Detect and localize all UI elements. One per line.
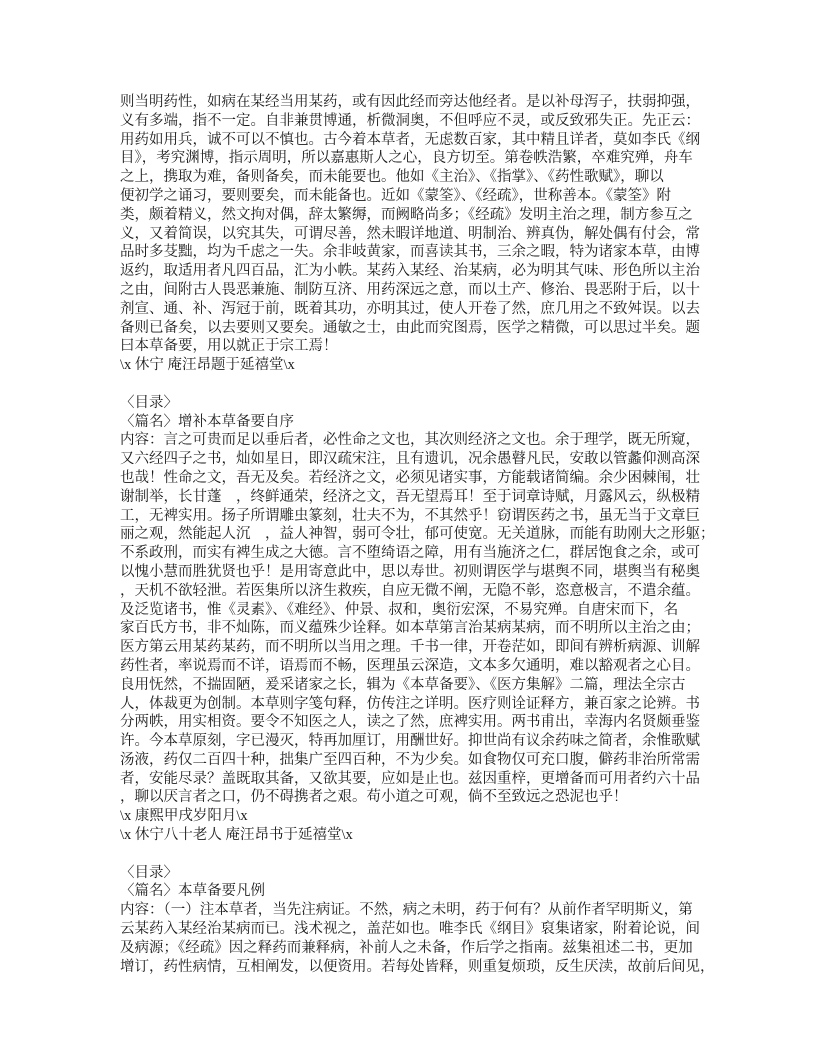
text-line: 良用怃然，不揣固陋，爰采诸家之长，辑为《本草备要》、《医方集解》二篇，理法全宗古 (120, 676, 706, 695)
text-line: 〈篇名〉本草备要凡例 (120, 882, 706, 901)
text-line: ，天机不欲轻泄。若医集所以济生救疾，自应无微不阐，无隐不彰，恣意极言，不遣余蕴。 (120, 582, 706, 601)
text-line: \x 休宁八十老人 庵汪昂书于延禧堂\x (120, 826, 706, 845)
text-line: 不系政刑，而实有裨生成之大德。言不堕绮语之障，用有当施济之仁，群居饱食之余，或可 (120, 544, 706, 563)
text-line: 目》，考究渊博，指示周明，所以嘉惠斯人之心，良方切至。第卷帙浩繁，卒难究殚，舟车 (120, 149, 706, 168)
text-line: \x 康熙甲戌岁阳月\x (120, 807, 706, 826)
text-line: 以愧小慧而胜犹贤也乎！是用寄意此中，思以寿世。初则谓医学与堪舆不同，堪舆当有秘奥 (120, 563, 706, 582)
text-line: 也哉！性命之文，吾无及矣。若经济之文，必须见诸实事，方能载诸简编。余少困棘闱，壮 (120, 469, 706, 488)
text-line: 医方第云用某药某药，而不明所以当用之理。千书一律，开卷茫如，即间有辨析病源、训解 (120, 638, 706, 657)
text-line: 许。今本草原刻，字已漫灭，特再加厘订，用酬世好。抑世尚有议余药味之简者，余惟歌赋 (120, 732, 706, 751)
text-line (120, 375, 706, 394)
text-line: 药性者，率说焉而不详，语焉而不畅，医理虽云深造，文本多欠通明，难以豁观者之心目。 (120, 657, 706, 676)
text-line: 汤液，药仅二百四十种，拙集广至四百种，不为少矣。如食物仅可充口腹，僻药非治所常需 (120, 751, 706, 770)
text-line: 品时多芟黜，均为千虑之一失。余非岐黄家，而喜读其书，三余之暇，特为诸家本草，由博 (120, 243, 706, 262)
text-line: 者，安能尽录？盖既取其备，又欲其要，应如是止也。兹因重梓，更增备而可用者约六十品 (120, 770, 706, 789)
text-line: 〈目录〉 (120, 394, 706, 413)
text-line: 类，颇着精义，然文拘对偶，辞太繁缛，而阙略尚多；《经疏》发明主治之理，制方参互之 (120, 206, 706, 225)
text-line: 返约，取适用者凡四百品，汇为小帙。某药入某经、治某病，必为明其气味、形色所以主治 (120, 262, 706, 281)
text-line: 工，无裨实用。扬子所谓雕虫篆刻，壮夫不为，不其然乎！窃谓医药之书，虽无当于文章巨 (120, 507, 706, 526)
text-line: 谢制举，长甘蓬 ，终鲜通荣，经济之文，吾无望焉耳！至于词章诗赋，月露风云，纵极精 (120, 488, 706, 507)
text-line: 便初学之诵习，要则要矣，而未能备也。近如《蒙筌》、《经疏》，世称善本。《蒙筌》附 (120, 187, 706, 206)
text-line: 内容：言之可贵而足以垂后者，必性命之文也，其次则经济之文也。余于理学，既无所窥， (120, 431, 706, 450)
text-line: 及泛览诸书，惟《灵素》、《难经》、仲景、叔和，奥衍宏深，不易究殚。自唐宋而下，名 (120, 601, 706, 620)
text-line: 义，又着简误，以究其失，可谓尽善，然未暇详地道、明制治、辨真伪，解处偶有付会，常 (120, 225, 706, 244)
document-page: 则当明药性，如病在某经当用某药，或有因此经而旁达他经者。是以补母泻子，扶弱抑强，… (0, 0, 816, 1056)
text-line: ，聊以厌言者之口，仍不碍携者之艰。苟小道之可观，倘不至致远之恐泥也乎！ (120, 788, 706, 807)
text-line: \x 休宁 庵汪昂题于延禧堂\x (120, 356, 706, 375)
text-line: 及病源；《经疏》因之释药而兼释病，补前人之未备，作后学之指南。兹集祖述二书，更加 (120, 939, 706, 958)
text-line: 又六经四子之书，灿如星日，即汉疏宋注，且有遗讥，况余愚瞽凡民，安敢以管蠡仰测高深 (120, 450, 706, 469)
text-line: 则当明药性，如病在某经当用某药，或有因此经而旁达他经者。是以补母泻子，扶弱抑强， (120, 93, 706, 112)
text-line: 人，体裁更为创制。本草则字笺句释，仿传注之详明。医疗则诠证释方，兼百家之论辨。书 (120, 695, 706, 714)
text-line: 分两帙，用实相资。要令不知医之人，读之了然，庶裨实用。两书甫出，幸海内名贤颇垂鉴 (120, 713, 706, 732)
text-line: 备则已备矣，以去要则又要矣。通敏之士，由此而究图焉，医学之精微，可以思过半矣。题 (120, 319, 706, 338)
text-line: 之上，携取为难，备则备矣，而未能要也。他如《主治》、《指掌》、《药性歌赋》，聊以 (120, 168, 706, 187)
text-line (120, 845, 706, 864)
text-line: 内容：（一）注本草者，当先注病证。不然，病之未明，药于何有？从前作者罕明斯义，第 (120, 901, 706, 920)
text-line: 剂宣、通、补、泻冠于前，既着其功，亦明其过，使人开卷了然，庶几用之不致舛误。以去 (120, 300, 706, 319)
text-line: 增订，药性病情，互相阐发，以便资用。若每处皆释，则重复烦琐，反生厌渎，故前后间见… (120, 958, 706, 977)
text-line: 〈篇名〉增补本草备要自序 (120, 413, 706, 432)
page: { "page": { "background_color": "#ffffff… (0, 0, 816, 1056)
text-line: 〈目录〉 (120, 864, 706, 883)
text-line: 丽之观，然能起人沉 ，益人神智，弱可令壮，郁可使宽。无关道脉，而能有助刚大之形躯… (120, 525, 706, 544)
text-line: 云某药入某经治某病而已。浅术视之，盖茫如也。唯李氏《纲目》裒集诸家，附着论说，间 (120, 920, 706, 939)
text-line: 曰本草备要，用以就正于宗工焉！ (120, 337, 706, 356)
document-text-block: 则当明药性，如病在某经当用某药，或有因此经而旁达他经者。是以补母泻子，扶弱抑强，… (120, 93, 706, 976)
text-line: 义有多端，指不一定。自非兼贯博通，析微洞奥，不但呼应不灵，或反致邪失正。先正云： (120, 112, 706, 131)
text-line: 之由，间附古人畏恶兼施、制防互济、用药深远之意，而以土产、修治、畏恶附于后，以十 (120, 281, 706, 300)
text-line: 家百氏方书，非不灿陈，而义蕴殊少诠释。如本草第言治某病某病，而不明所以主治之由； (120, 619, 706, 638)
text-line: 用药如用兵，诚不可以不慎也。古今着本草者，无虑数百家，其中精且详者，莫如李氏《纲 (120, 131, 706, 150)
